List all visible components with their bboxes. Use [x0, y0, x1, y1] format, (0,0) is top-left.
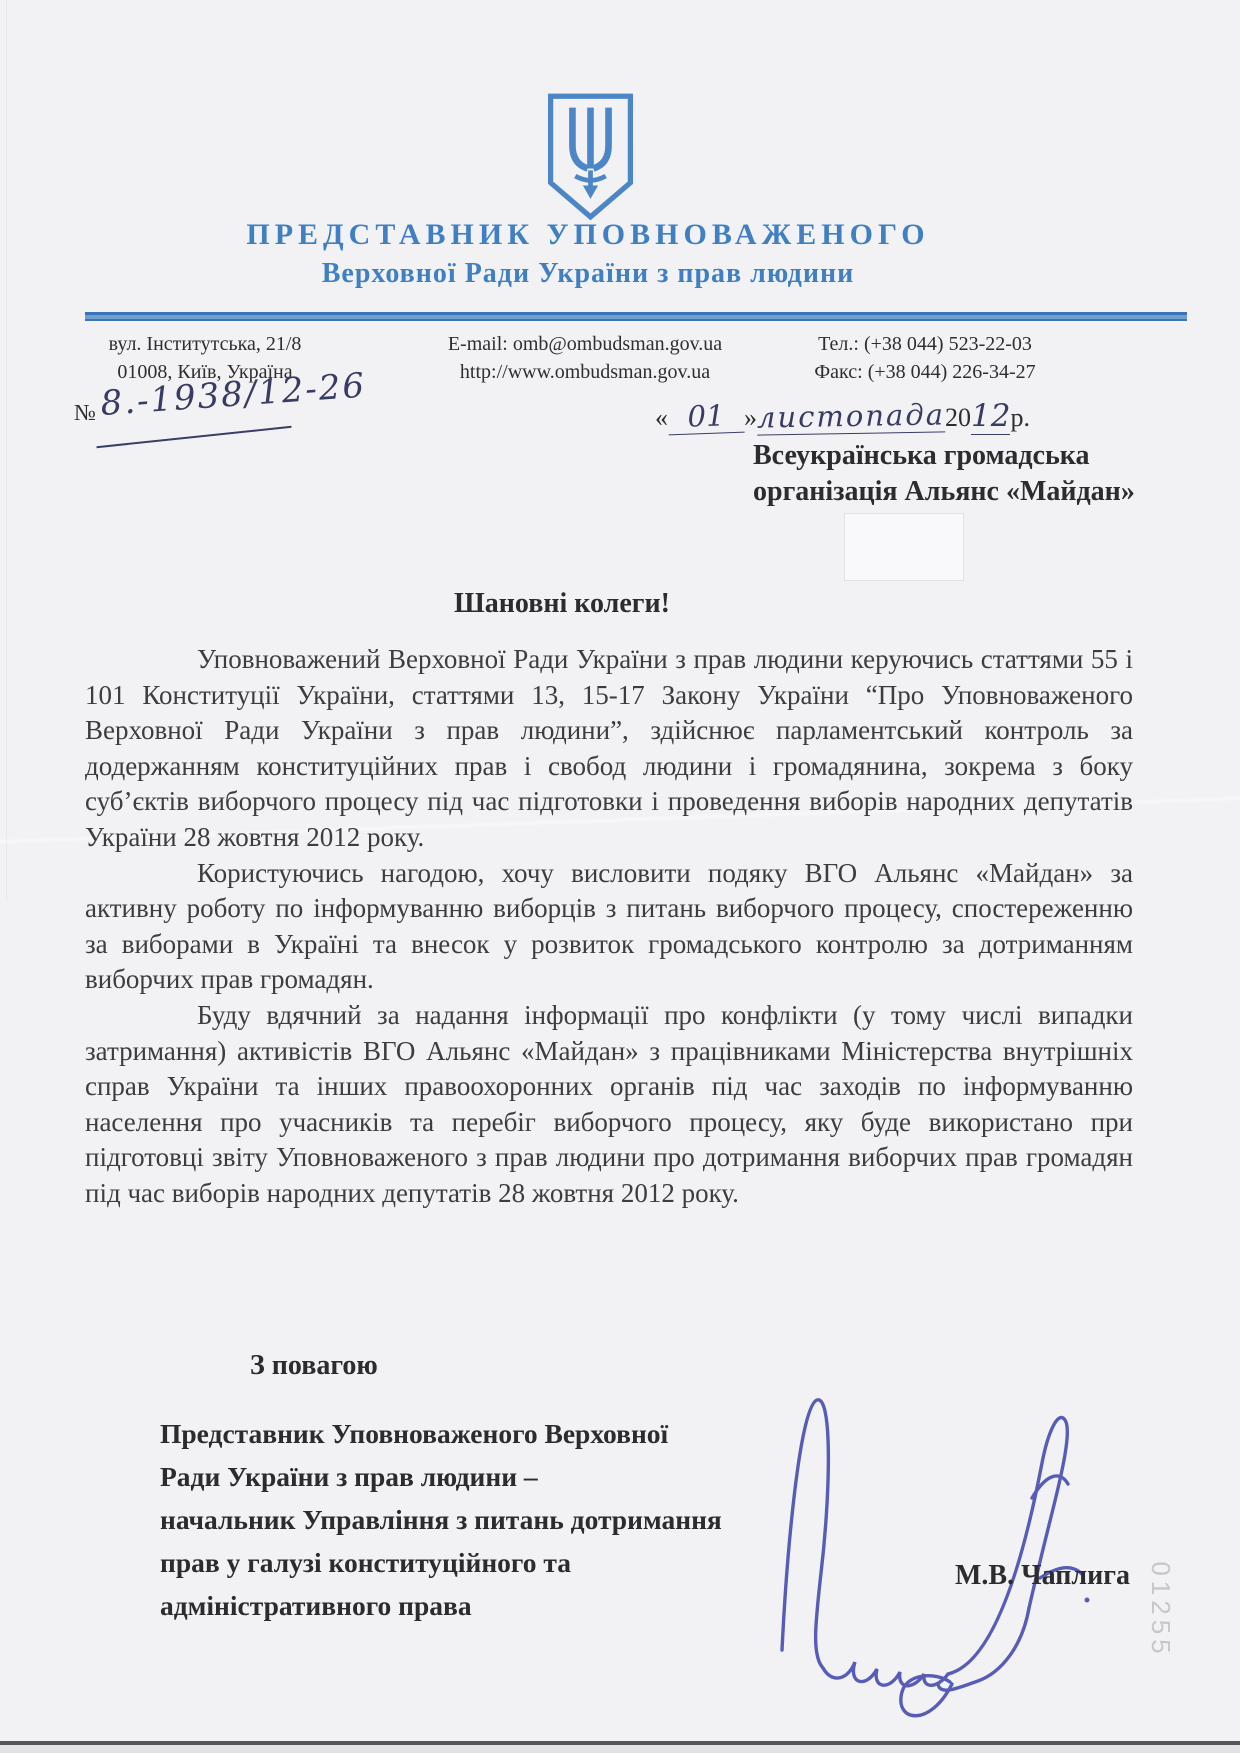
signer-name: М.В. Чаплига — [955, 1560, 1130, 1592]
reference-number-underline — [96, 426, 291, 448]
date-year-printed: 20 — [945, 403, 971, 432]
recipient-line-1: Всеукраїнська громадська — [753, 438, 1135, 474]
body-paragraph-3: Буду вдячний за надання інформації про к… — [85, 998, 1133, 1212]
address-line-1: вул. Інститутська, 21/8 — [85, 330, 325, 358]
date-day-handwritten: 01 — [667, 398, 744, 436]
signer-title-line-3: начальник Управління з питань дотримання — [160, 1498, 722, 1541]
signer-title-line-5: адміністративного права — [160, 1584, 722, 1627]
fax-line: Факс: (+38 044) 226-34-27 — [790, 358, 1060, 386]
contact-phone: Тел.: (+38 044) 523-22-03 Факс: (+38 044… — [790, 330, 1060, 386]
date-year-handwritten: 12 — [971, 398, 1010, 435]
date-line: «01»листопада2012р. — [655, 398, 1030, 435]
date-open-quote: « — [655, 403, 668, 432]
letterhead-divider-rule — [85, 312, 1187, 321]
signer-title-line-1: Представник Уповноваженого Верховної — [160, 1412, 722, 1455]
date-month-handwritten: листопада — [757, 397, 946, 435]
body-paragraph-2: Користуючись нагодою, хочу висловити под… — [85, 856, 1133, 998]
reference-number-sign: № — [74, 400, 96, 426]
body-paragraph-1: Уповноважений Верховної Ради України з п… — [85, 642, 1133, 856]
letterhead-title: ПРЕДСТАВНИК УПОВНОВАЖЕНОГО — [0, 218, 1176, 252]
contact-web: E-mail: omb@ombudsman.gov.ua http://www.… — [420, 330, 750, 386]
signer-title-line-2: Ради України з прав людини – — [160, 1455, 722, 1498]
scan-below-paper — [0, 1745, 1240, 1753]
scanned-letter-page: ПРЕДСТАВНИК УПОВНОВАЖЕНОГО Верховної Рад… — [0, 0, 1240, 1753]
recipient-block: Всеукраїнська громадська організація Аль… — [753, 438, 1135, 510]
signer-title-line-4: прав у галузі конституційного та — [160, 1541, 722, 1584]
website-line: http://www.ombudsman.gov.ua — [420, 358, 750, 386]
salutation: Шановні колеги! — [0, 588, 1124, 620]
signer-title-block: Представник Уповноваженого Верховної Рад… — [160, 1412, 722, 1627]
date-close-quote: » — [744, 403, 757, 432]
handwritten-signature-icon — [690, 1248, 1120, 1718]
ukraine-trident-emblem-icon — [543, 92, 638, 224]
valediction: З повагою — [250, 1350, 378, 1382]
redacted-area — [845, 514, 963, 580]
recipient-line-2: організація Альянс «Майдан» — [753, 474, 1135, 510]
date-suffix: р. — [1010, 403, 1030, 432]
letterhead-subtitle: Верховної Ради України з прав людини — [0, 258, 1176, 290]
email-line: E-mail: omb@ombudsman.gov.ua — [420, 330, 750, 358]
bleed-through-stamp-number: 01255 — [1146, 1549, 1176, 1671]
scan-edge-artifact — [6, 0, 7, 900]
phone-line: Тел.: (+38 044) 523-22-03 — [790, 330, 1060, 358]
letter-body: Уповноважений Верховної Ради України з п… — [85, 642, 1133, 1212]
